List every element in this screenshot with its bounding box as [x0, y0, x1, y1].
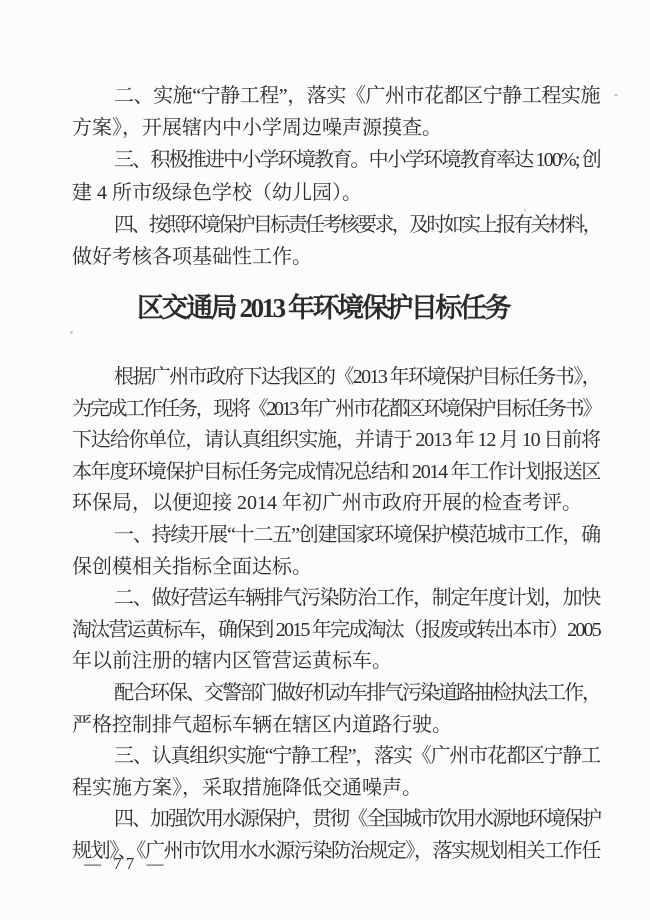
- text-line: 下达给你单位，请认真组织实施，并请于 2013 年 12 月 10 日前将: [72, 425, 600, 457]
- text-line: 二、做好营运车辆排气污染防治工作，制定年度计划，加快: [72, 583, 600, 615]
- text-line: 四、按照环境保护目标责任考核要求，及时如实上报有关材料，: [72, 209, 600, 241]
- text-line-content: 根据广州市政府下达我区的《2013 年环境保护目标任务书》，: [114, 362, 600, 394]
- text-line-content: 下达给你单位，请认真组织实施，并请于 2013 年 12 月 10 日前将: [72, 425, 600, 457]
- main-body-section: 根据广州市政府下达我区的《2013 年环境保护目标任务书》， 为完成工作任务，现…: [72, 362, 600, 868]
- text-line-content: 四、加强饮用水源保护，贯彻《全国城市饮用水源地环境保护: [114, 804, 600, 836]
- text-line-content: 二、做好营运车辆排气污染防治工作，制定年度计划，加快: [114, 583, 600, 615]
- text-line: 四、加强饮用水源保护，贯彻《全国城市饮用水源地环境保护: [72, 804, 600, 836]
- text-line-content: 四、按照环境保护目标责任考核要求，及时如实上报有关材料，: [114, 209, 600, 241]
- section-title: 区交通局 2013 年环境保护目标任务: [137, 290, 509, 326]
- text-line-content: 环保局，以便迎接 2014 年初广州市政府开展的检查考评。: [72, 492, 582, 514]
- page-number: — 77 —: [84, 854, 168, 874]
- scan-speckle: [614, 94, 618, 96]
- text-line: 方案》，开展辖内中小学周边噪声源摸查。: [72, 112, 600, 144]
- pre-title-section: 二、实施“宁静工程”，落实《广州市花都区宁静工程实施 方案》，开展辖内中小学周边…: [72, 80, 600, 273]
- text-line: 二、实施“宁静工程”，落实《广州市花都区宁静工程实施: [72, 80, 600, 112]
- scan-speckle: [464, 636, 467, 639]
- text-line: 淘汰营运黄标车，确保到 2015 年完成淘汰（报废或转出本市）2005: [72, 615, 600, 647]
- text-line: 严格控制排气超标车辆在辖区内道路行驶。: [72, 710, 600, 742]
- text-line: 环保局，以便迎接 2014 年初广州市政府开展的检查考评。: [72, 488, 600, 520]
- text-line: 三、积极推进中小学环境教育。中小学环境教育率达 100%; 创: [72, 144, 600, 176]
- text-line: 根据广州市政府下达我区的《2013 年环境保护目标任务书》，: [72, 362, 600, 394]
- text-line-content: 程实施方案》，采取措施降低交通噪声。: [72, 777, 422, 799]
- text-line: 程实施方案》，采取措施降低交通噪声。: [72, 773, 600, 805]
- text-line-content: 年以前注册的辖内区管营运黄标车。: [72, 650, 392, 672]
- text-line: 本年度环境保护目标任务完成情况总结和 2014 年工作计划报送区: [72, 457, 600, 489]
- text-line-content: 方案》，开展辖内中小学周边噪声源摸查。: [72, 117, 442, 139]
- text-line-content: 配合环保、交警部门做好机动车排气污染道路抽检执法工作，: [114, 678, 600, 710]
- text-line: 为完成工作任务，现将《2013 年广州市花都区环境保护目标任务书》: [72, 394, 600, 426]
- text-line-content: 一、持续开展“十二五”创建国家环境保护模范城市工作，确: [114, 520, 600, 552]
- scan-speckle: [524, 209, 526, 211]
- scan-speckle: [70, 331, 73, 334]
- text-line: 三、认真组织实施“宁静工程”，落实《广州市花都区宁静工: [72, 741, 600, 773]
- text-line-content: 二、实施“宁静工程”，落实《广州市花都区宁静工程实施: [114, 80, 600, 112]
- text-line-content: 三、积极推进中小学环境教育。中小学环境教育率达 100%; 创: [114, 144, 600, 176]
- text-line: 做好考核各项基础性工作。: [72, 241, 600, 273]
- text-line: 配合环保、交警部门做好机动车排气污染道路抽检执法工作，: [72, 678, 600, 710]
- text-line: 年以前注册的辖内区管营运黄标车。: [72, 646, 600, 678]
- text-line: 建 4 所市级绿色学校（幼儿园）。: [72, 177, 600, 209]
- text-line: 保创模相关指标全面达标。: [72, 552, 600, 584]
- section-title-text: 区交通局 2013 年环境保护目标任务: [137, 290, 509, 326]
- text-line-content: 做好考核各项基础性工作。: [72, 246, 312, 268]
- text-line-content: 本年度环境保护目标任务完成情况总结和 2014 年工作计划报送区: [72, 457, 600, 489]
- text-line-content: 保创模相关指标全面达标。: [72, 556, 312, 578]
- text-line-content: 淘汰营运黄标车，确保到 2015 年完成淘汰（报废或转出本市）2005: [72, 615, 600, 647]
- text-line-content: 为完成工作任务，现将《2013 年广州市花都区环境保护目标任务书》: [72, 394, 600, 426]
- text-line-content: 建 4 所市级绿色学校（幼儿园）。: [72, 182, 362, 204]
- text-line-content: 严格控制排气超标车辆在辖区内道路行驶。: [72, 714, 452, 736]
- scanned-document-page: 二、实施“宁静工程”，落实《广州市花都区宁静工程实施 方案》，开展辖内中小学周边…: [0, 0, 650, 920]
- text-line: 一、持续开展“十二五”创建国家环境保护模范城市工作，确: [72, 520, 600, 552]
- text-line-content: 三、认真组织实施“宁静工程”，落实《广州市花都区宁静工: [114, 741, 600, 773]
